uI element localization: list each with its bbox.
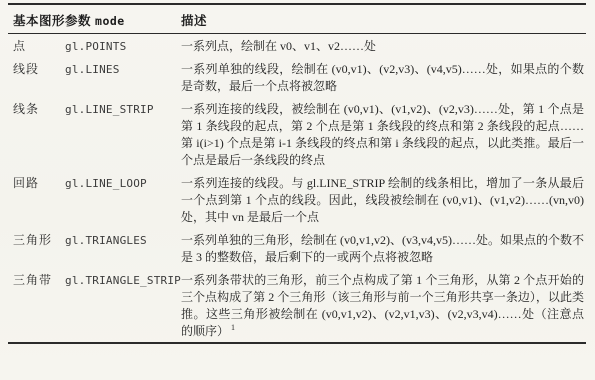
description-cell: 一系列单独的三角形，绘制在 (v0,v1,v2)、(v3,v4,v5)……处。如…	[181, 228, 586, 268]
description-cell: 一系列连接的线段，被绘制在 (v0,v1)、(v1,v2)、(v2,v3)……处…	[181, 97, 586, 171]
description-cell: 一系列条带状的三角形，前三个点构成了第 1 个三角形，从第 2 个点开始的三个点…	[181, 268, 586, 343]
mode-cell: gl.TRIANGLE_STRIP	[65, 268, 181, 343]
description-cell: 一系列单独的线段，绘制在 (v0,v1)、(v2,v3)、(v4,v5)……处，…	[181, 57, 586, 97]
shape-cell: 三角形	[8, 228, 65, 268]
shape-cell: 线条	[8, 97, 65, 171]
shape-cell: 线段	[8, 57, 65, 97]
shape-cell: 点	[8, 34, 65, 58]
table-row-triangle-strip: 三角带 gl.TRIANGLE_STRIP 一系列条带状的三角形，前三个点构成了…	[8, 268, 586, 343]
shape-cell: 三角带	[8, 268, 65, 343]
column-header-basic-shape: 基本图形	[8, 4, 65, 34]
mode-cell: gl.LINE_STRIP	[65, 97, 181, 171]
description-cell: 一系列连接的线段。与 gl.LINE_STRIP 绘制的线条相比，增加了一条从最…	[181, 171, 586, 228]
table-row-line-loop: 回路 gl.LINE_LOOP 一系列连接的线段。与 gl.LINE_STRIP…	[8, 171, 586, 228]
column-header-mode-label: 参数	[65, 14, 91, 28]
table-header-row: 基本图形 参数mode 描述	[8, 4, 586, 34]
shape-cell: 回路	[8, 171, 65, 228]
column-header-mode-code: mode	[95, 14, 125, 28]
description-text: 一系列条带状的三角形，前三个点构成了第 1 个三角形，从第 2 个点开始的三个点…	[181, 273, 584, 338]
mode-cell: gl.LINE_LOOP	[65, 171, 181, 228]
webgl-primitives-table: 基本图形 参数mode 描述 点 gl.POINTS 一系列点，绘制在 v0、v…	[8, 3, 586, 344]
table-row-triangles: 三角形 gl.TRIANGLES 一系列单独的三角形，绘制在 (v0,v1,v2…	[8, 228, 586, 268]
table-row-lines: 线段 gl.LINES 一系列单独的线段，绘制在 (v0,v1)、(v2,v3)…	[8, 57, 586, 97]
book-page: 基本图形 参数mode 描述 点 gl.POINTS 一系列点，绘制在 v0、v…	[0, 0, 595, 380]
column-header-description: 描述	[181, 4, 586, 34]
table-row-points: 点 gl.POINTS 一系列点，绘制在 v0、v1、v2……处	[8, 34, 586, 58]
mode-cell: gl.LINES	[65, 57, 181, 97]
mode-cell: gl.TRIANGLES	[65, 228, 181, 268]
description-cell: 一系列点，绘制在 v0、v1、v2……处	[181, 34, 586, 58]
column-header-mode: 参数mode	[65, 4, 181, 34]
table-row-line-strip: 线条 gl.LINE_STRIP 一系列连接的线段，被绘制在 (v0,v1)、(…	[8, 97, 586, 171]
footnote-marker: 1	[231, 323, 235, 332]
mode-cell: gl.POINTS	[65, 34, 181, 58]
